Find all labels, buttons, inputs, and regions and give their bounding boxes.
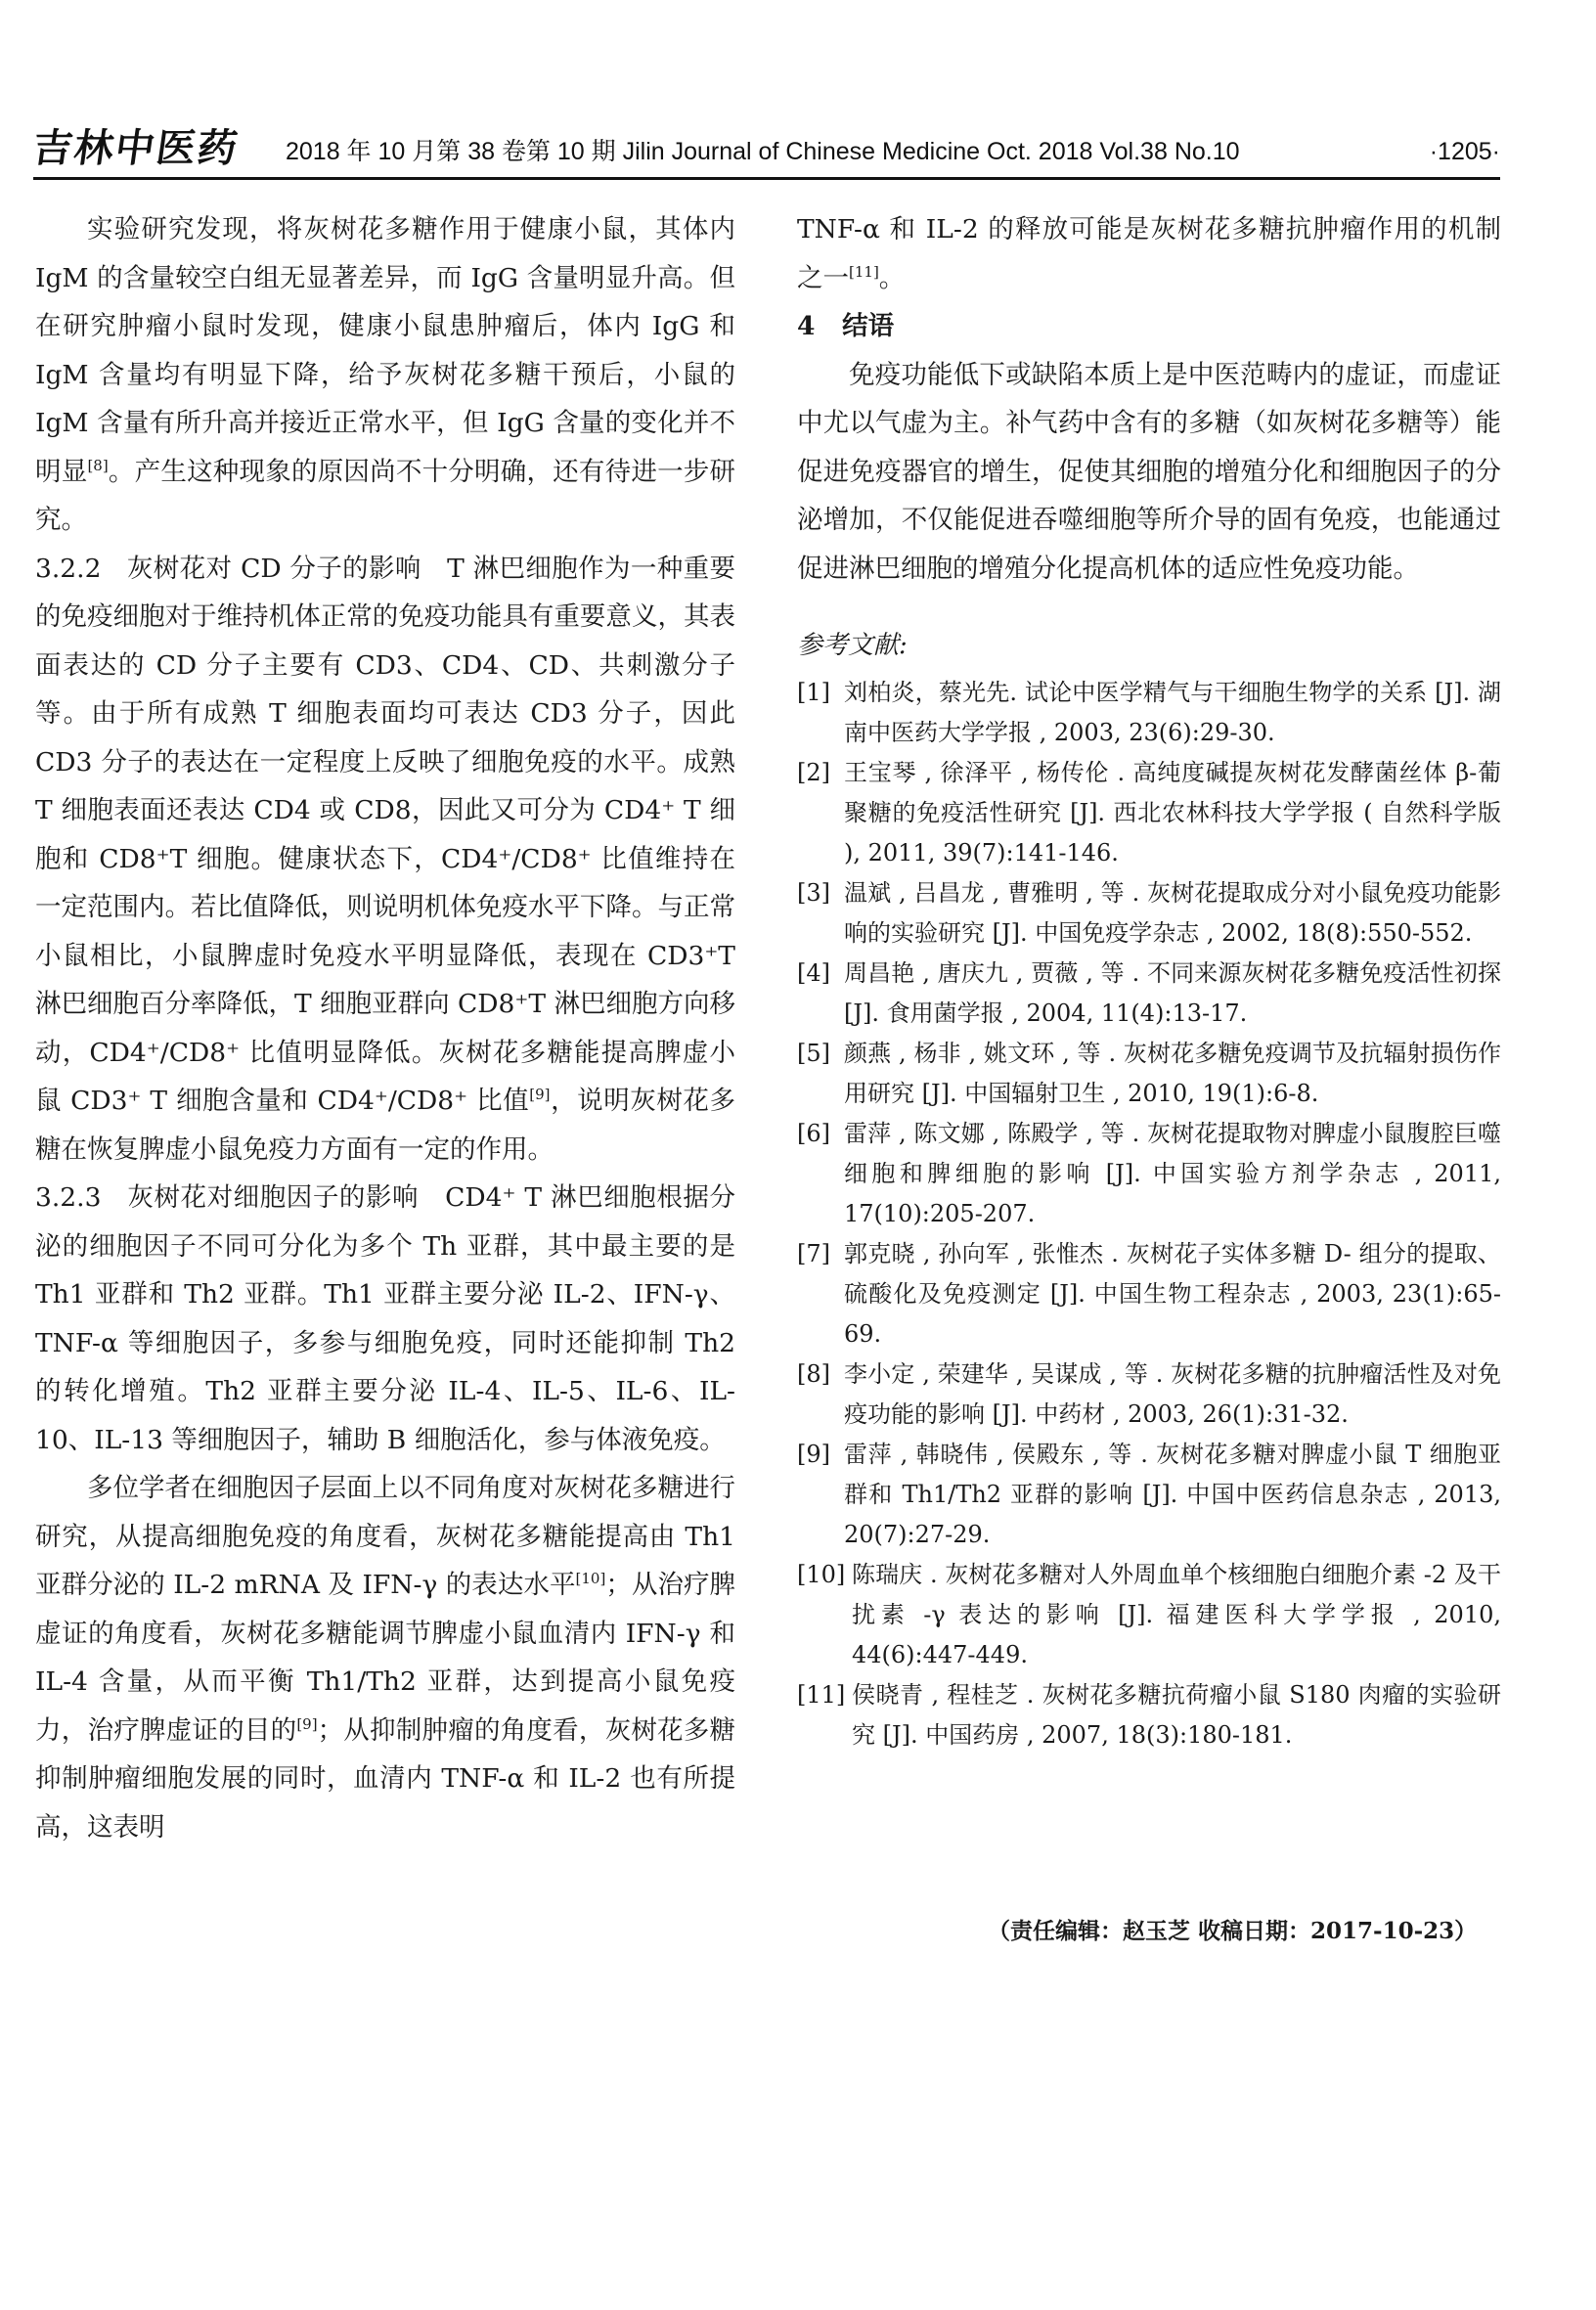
reference-item: [2]王宝琴 , 徐泽平 , 杨传伦 . 高纯度碱提灰树花发酵菌丝体 β-葡聚糖… [797, 753, 1501, 873]
section-4-heading: 4 结语 [797, 302, 1501, 351]
page-number: ·1205· [1430, 137, 1500, 166]
issue-info: 2018 年 10 月第 38 卷第 10 期 Jilin Journal of… [286, 137, 1240, 166]
reference-item: [7]郭克晓 , 孙向军 , 张惟杰 . 灰树花子实体多糖 D- 组分的提取、硫… [797, 1234, 1501, 1355]
journal-header: 吉林中医药 2018 年 10 月第 38 卷第 10 期 Jilin Jour… [33, 125, 1500, 174]
reference-item: [9]雷萍 , 韩晓伟 , 侯殿东 , 等 . 灰树花多糖对脾虚小鼠 T 细胞亚… [797, 1435, 1501, 1555]
reference-list: [1]刘柏炎，蔡光先. 试论中医学精气与干细胞生物学的关系 [J]. 湖南中医药… [797, 673, 1501, 1755]
paragraph-igm-igg: 实验研究发现，将灰树花多糖作用于健康小鼠，其体内 IgM 的含量较空白组无显著差… [35, 205, 735, 545]
section-title: 灰树花对 CD 分子的影响 [127, 554, 421, 584]
references-heading: 参考文献: [797, 622, 1501, 669]
editor-note: （责任编辑：赵玉芝 收稿日期：2017-10-23） [988, 1917, 1477, 1946]
citation: [9] [296, 1715, 317, 1733]
reference-item: [4]周昌艳 , 唐庆九 , 贾薇 , 等 . 不同来源灰树花多糖免疫活性初探 … [797, 954, 1501, 1034]
citation: [11] [849, 263, 879, 281]
paragraph-cytokine-studies: 多位学者在细胞因子层面上以不同角度对灰树花多糖进行研究，从提高细胞免疫的角度看，… [35, 1464, 735, 1851]
citation: [8] [87, 457, 108, 474]
section-3-2-2: 3.2.2 灰树花对 CD 分子的影响 T 淋巴细胞作为一种重要的免疫细胞对于维… [35, 545, 735, 1175]
right-column: TNF-α 和 IL-2 的释放可能是灰树花多糖抗肿瘤作用的机制之一[11]。 … [797, 205, 1501, 1755]
conclusion-paragraph: 免疫功能低下或缺陷本质上是中医范畴内的虚证，而虚证中尤以气虚为主。补气药中含有的… [797, 351, 1501, 594]
reference-item: [10]陈瑞庆 . 灰树花多糖对人外周血单个核细胞白细胞介素 -2 及干扰素 -… [797, 1555, 1501, 1675]
header-rule [33, 177, 1500, 180]
journal-logo: 吉林中医药 [30, 125, 243, 172]
section-3-2-3: 3.2.3 灰树花对细胞因子的影响 CD4⁺ T 淋巴细胞根据分泌的细胞因子不同… [35, 1174, 735, 1464]
citation: [9] [529, 1086, 550, 1103]
paragraph-continued: TNF-α 和 IL-2 的释放可能是灰树花多糖抗肿瘤作用的机制之一[11]。 [797, 205, 1501, 302]
section-title: 灰树花对细胞因子的影响 [127, 1182, 419, 1213]
reference-item: [6]雷萍 , 陈文娜 , 陈殿学 , 等 . 灰树花提取物对脾虚小鼠腹腔巨噬细… [797, 1114, 1501, 1234]
left-column: 实验研究发现，将灰树花多糖作用于健康小鼠，其体内 IgM 的含量较空白组无显著差… [35, 205, 735, 1851]
section-number: 3.2.2 [35, 554, 101, 584]
citation: [10] [576, 1570, 606, 1587]
reference-item: [3]温斌 , 吕昌龙 , 曹雅明 , 等 . 灰树花提取成分对小鼠免疫功能影响… [797, 873, 1501, 954]
reference-item: [8]李小定 , 荣建华 , 吴谋成 , 等 . 灰树花多糖的抗肿瘤活性及对免疫… [797, 1355, 1501, 1435]
reference-item: [1]刘柏炎，蔡光先. 试论中医学精气与干细胞生物学的关系 [J]. 湖南中医药… [797, 673, 1501, 753]
reference-item: [11]侯晓青 , 程桂芝 . 灰树花多糖抗荷瘤小鼠 S180 肉瘤的实验研究 … [797, 1675, 1501, 1755]
section-number: 3.2.3 [35, 1182, 101, 1213]
reference-item: [5]颜燕 , 杨非 , 姚文环 , 等 . 灰树花多糖免疫调节及抗辐射损伤作用… [797, 1034, 1501, 1114]
